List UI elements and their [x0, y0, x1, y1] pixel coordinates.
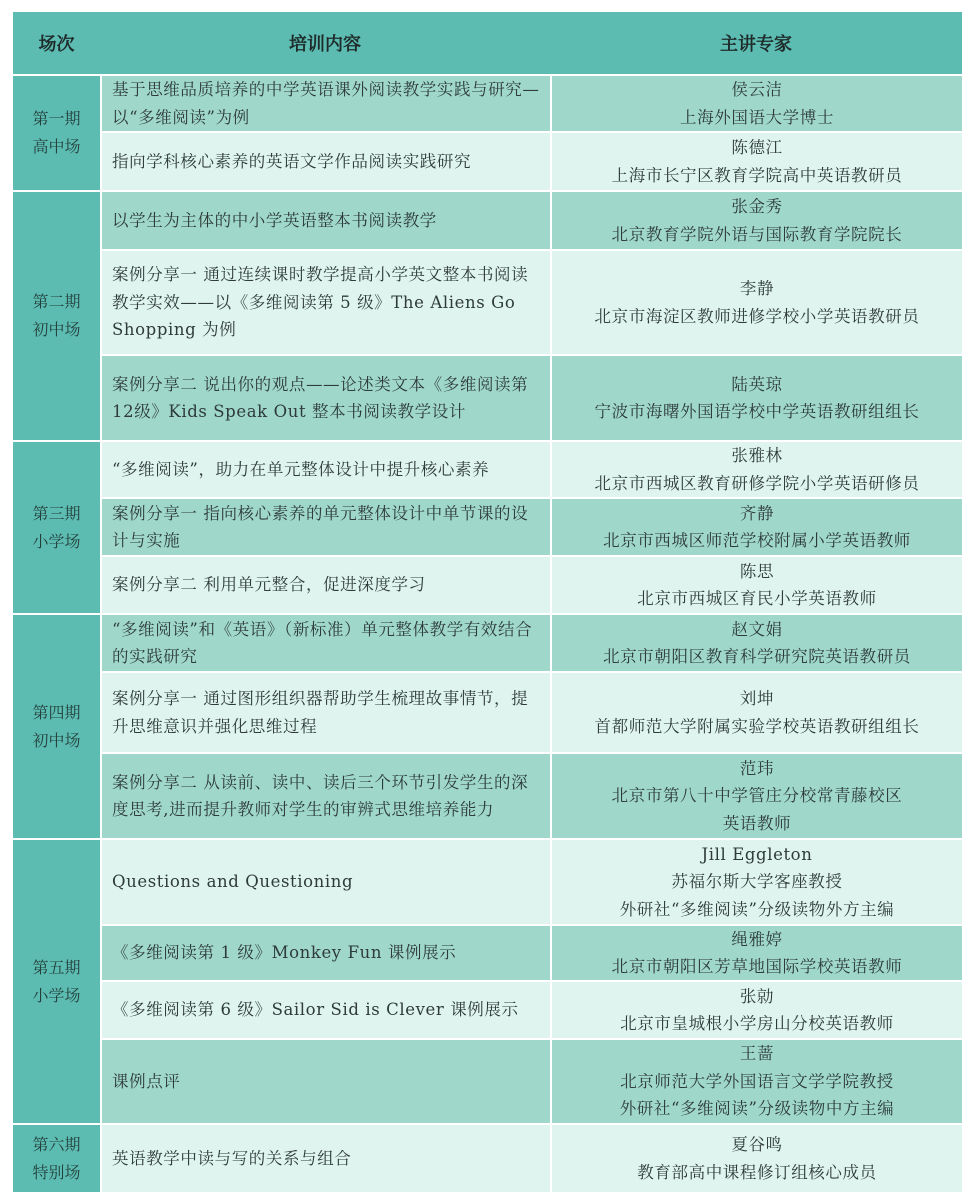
expert-name: 张雅林: [731, 442, 782, 470]
training-schedule-table: 场次 培训内容 主讲专家 第一期高中场基于思维品质培养的中学英语课外阅读教学实践…: [13, 12, 962, 1194]
expert-cell: 陈德江上海市长宁区教育学院高中英语教研员: [552, 133, 962, 190]
table-row: 《多维阅读第 1 级》Monkey Fun 课例展示绳雅婷北京市朝阳区芳草地国际…: [102, 926, 962, 980]
period-audience: 高中场: [32, 133, 80, 161]
training-content-text: Questions and Questioning: [112, 868, 353, 896]
expert-name: 张勍: [740, 983, 774, 1011]
expert-name: 范玮: [740, 755, 774, 783]
period-label: 第六期特别场: [13, 1125, 100, 1192]
expert-title: 上海外国语大学博士: [680, 104, 834, 132]
expert-cell: 陆英琼宁波市海曙外国语学校中学英语教研组组长: [552, 356, 962, 440]
training-content-text: 案例分享二 利用单元整合，促进深度学习: [112, 571, 426, 599]
expert-name: 齐静: [740, 500, 774, 528]
table-row: Questions and QuestioningJill Eggleton苏福…: [102, 840, 962, 924]
period-number: 第一期: [32, 105, 80, 133]
period-block: 第三期小学场“多维阅读”，助力在单元整体设计中提升核心素养张雅林北京市西城区教育…: [13, 442, 962, 613]
expert-title: 北京市皇城根小学房山分校英语教师: [620, 1010, 894, 1038]
expert-cell: 张金秀北京教育学院外语与国际教育学院院长: [552, 192, 962, 249]
period-block: 第五期小学场Questions and QuestioningJill Eggl…: [13, 840, 962, 1123]
session-rows: 以学生为主体的中小学英语整本书阅读教学张金秀北京教育学院外语与国际教育学院院长案…: [102, 192, 962, 440]
table-row: 案例分享一 通过图形组织器帮助学生梳理故事情节，提升思维意识并强化思维过程刘坤首…: [102, 673, 962, 752]
header-session: 场次: [13, 30, 100, 56]
training-content: “多维阅读”和《英语》（新标准）单元整体教学有效结合的实践研究: [102, 615, 550, 671]
expert-name: 李静: [740, 275, 774, 303]
expert-cell: Jill Eggleton苏福尔斯大学客座教授外研社“多维阅读”分级读物外方主编: [552, 840, 962, 924]
period-label: 第二期初中场: [13, 192, 100, 440]
expert-title: 北京市西城区教育研修学院小学英语研修员: [595, 470, 920, 498]
table-row: 案例分享二 利用单元整合，促进深度学习陈思北京市西城区育民小学英语教师: [102, 557, 962, 613]
expert-name: 绳雅婷: [731, 926, 782, 954]
period-block: 第二期初中场以学生为主体的中小学英语整本书阅读教学张金秀北京教育学院外语与国际教…: [13, 192, 962, 440]
expert-name: 王蔷: [740, 1040, 774, 1068]
training-content-text: 案例分享二 说出你的观点——论述类文本《多维阅读第12级》Kids Speak …: [112, 371, 542, 426]
period-audience: 初中场: [32, 727, 80, 755]
training-content-text: 案例分享一 通过图形组织器帮助学生梳理故事情节，提升思维意识并强化思维过程: [112, 685, 542, 740]
expert-title: 教育部高中课程修订组核心成员: [637, 1159, 876, 1187]
training-content: 基于思维品质培养的中学英语课外阅读教学实践与研究—以“多维阅读”为例: [102, 76, 550, 131]
header-content: 培训内容: [100, 30, 550, 56]
expert-title: 北京师范大学外国语言文学学院教授: [620, 1068, 894, 1096]
session-rows: “多维阅读”，助力在单元整体设计中提升核心素养张雅林北京市西城区教育研修学院小学…: [102, 442, 962, 613]
session-rows: “多维阅读”和《英语》（新标准）单元整体教学有效结合的实践研究赵文娟北京市朝阳区…: [102, 615, 962, 838]
period-label: 第五期小学场: [13, 840, 100, 1123]
session-rows: 英语教学中读与写的关系与组合夏谷鸣教育部高中课程修订组核心成员: [102, 1125, 962, 1192]
periods-body: 第一期高中场基于思维品质培养的中学英语课外阅读教学实践与研究—以“多维阅读”为例…: [13, 76, 962, 1192]
table-row: 案例分享二 说出你的观点——论述类文本《多维阅读第12级》Kids Speak …: [102, 356, 962, 440]
expert-cell: 绳雅婷北京市朝阳区芳草地国际学校英语教师: [552, 926, 962, 980]
training-content-text: 案例分享一 指向核心素养的单元整体设计中单节课的设计与实施: [112, 500, 542, 555]
expert-title: 北京市西城区育民小学英语教师: [637, 585, 876, 613]
expert-title: 苏福尔斯大学客座教授: [672, 868, 843, 896]
expert-name: 陈德江: [731, 134, 782, 162]
expert-name: 侯云洁: [731, 76, 782, 104]
expert-cell: 齐静北京市西城区师范学校附属小学英语教师: [552, 499, 962, 555]
table-row: 《多维阅读第 6 级》Sailor Sid is Clever 课例展示张勍北京…: [102, 982, 962, 1038]
period-number: 第四期: [32, 699, 80, 727]
training-content-text: 指向学科核心素养的英语文学作品阅读实践研究: [112, 148, 471, 176]
period-block: 第一期高中场基于思维品质培养的中学英语课外阅读教学实践与研究—以“多维阅读”为例…: [13, 76, 962, 190]
training-content-text: “多维阅读”，助力在单元整体设计中提升核心素养: [112, 456, 489, 484]
training-content: 以学生为主体的中小学英语整本书阅读教学: [102, 192, 550, 249]
training-content: 案例分享二 从读前、读中、读后三个环节引发学生的深度思考,进而提升教师对学生的审…: [102, 754, 550, 838]
training-content: 案例分享一 通过图形组织器帮助学生梳理故事情节，提升思维意识并强化思维过程: [102, 673, 550, 752]
training-content: 英语教学中读与写的关系与组合: [102, 1125, 550, 1192]
expert-cell: 范玮北京市第八十中学管庄分校常青藤校区英语教师: [552, 754, 962, 838]
period-number: 第三期: [32, 500, 80, 528]
expert-title: 上海市长宁区教育学院高中英语教研员: [612, 162, 903, 190]
expert-title: 北京市朝阳区教育科学研究院英语教研员: [603, 643, 911, 671]
training-content: 《多维阅读第 6 级》Sailor Sid is Clever 课例展示: [102, 982, 550, 1038]
expert-cell: 张雅林北京市西城区教育研修学院小学英语研修员: [552, 442, 962, 497]
expert-name: 陈思: [740, 558, 774, 586]
expert-cell: 赵文娟北京市朝阳区教育科学研究院英语教研员: [552, 615, 962, 671]
expert-cell: 李静北京市海淀区教师进修学校小学英语教研员: [552, 251, 962, 354]
training-content: “多维阅读”，助力在单元整体设计中提升核心素养: [102, 442, 550, 497]
training-content-text: 课例点评: [112, 1068, 180, 1096]
expert-name: Jill Eggleton: [702, 841, 813, 869]
expert-title: 外研社“多维阅读”分级读物中方主编: [620, 1095, 895, 1123]
expert-cell: 夏谷鸣教育部高中课程修订组核心成员: [552, 1125, 962, 1192]
period-block: 第六期特别场英语教学中读与写的关系与组合夏谷鸣教育部高中课程修订组核心成员: [13, 1125, 962, 1192]
table-row: “多维阅读”和《英语》（新标准）单元整体教学有效结合的实践研究赵文娟北京市朝阳区…: [102, 615, 962, 671]
training-content: 案例分享一 指向核心素养的单元整体设计中单节课的设计与实施: [102, 499, 550, 555]
expert-title: 北京市西城区师范学校附属小学英语教师: [603, 527, 911, 555]
period-block: 第四期初中场“多维阅读”和《英语》（新标准）单元整体教学有效结合的实践研究赵文娟…: [13, 615, 962, 838]
expert-name: 张金秀: [731, 193, 782, 221]
training-content-text: 案例分享二 从读前、读中、读后三个环节引发学生的深度思考,进而提升教师对学生的审…: [112, 769, 542, 824]
period-label: 第一期高中场: [13, 76, 100, 190]
table-row: 基于思维品质培养的中学英语课外阅读教学实践与研究—以“多维阅读”为例侯云洁上海外…: [102, 76, 962, 131]
table-row: 案例分享二 从读前、读中、读后三个环节引发学生的深度思考,进而提升教师对学生的审…: [102, 754, 962, 838]
session-rows: 基于思维品质培养的中学英语课外阅读教学实践与研究—以“多维阅读”为例侯云洁上海外…: [102, 76, 962, 190]
training-content-text: 以学生为主体的中小学英语整本书阅读教学: [112, 207, 437, 235]
training-content-text: “多维阅读”和《英语》（新标准）单元整体教学有效结合的实践研究: [112, 616, 542, 671]
expert-name: 陆英琼: [731, 371, 782, 399]
period-label: 第三期小学场: [13, 442, 100, 613]
training-content: Questions and Questioning: [102, 840, 550, 924]
expert-title: 北京教育学院外语与国际教育学院院长: [612, 221, 903, 249]
period-label: 第四期初中场: [13, 615, 100, 838]
table-header: 场次 培训内容 主讲专家: [13, 12, 962, 74]
expert-name: 刘坤: [740, 685, 774, 713]
expert-cell: 张勍北京市皇城根小学房山分校英语教师: [552, 982, 962, 1038]
period-number: 第二期: [32, 288, 80, 316]
table-row: “多维阅读”，助力在单元整体设计中提升核心素养张雅林北京市西城区教育研修学院小学…: [102, 442, 962, 497]
period-audience: 初中场: [32, 316, 80, 344]
period-audience: 特别场: [32, 1159, 80, 1187]
expert-cell: 侯云洁上海外国语大学博士: [552, 76, 962, 131]
training-content-text: 《多维阅读第 6 级》Sailor Sid is Clever 课例展示: [112, 996, 519, 1024]
training-content: 案例分享二 说出你的观点——论述类文本《多维阅读第12级》Kids Speak …: [102, 356, 550, 440]
expert-name: 赵文娟: [731, 616, 782, 644]
header-expert: 主讲专家: [550, 30, 962, 56]
table-row: 英语教学中读与写的关系与组合夏谷鸣教育部高中课程修订组核心成员: [102, 1125, 962, 1192]
expert-title: 北京市朝阳区芳草地国际学校英语教师: [612, 953, 903, 981]
expert-title: 英语教师: [723, 810, 791, 838]
training-content-text: 英语教学中读与写的关系与组合: [112, 1145, 351, 1173]
training-content: 指向学科核心素养的英语文学作品阅读实践研究: [102, 133, 550, 190]
table-row: 指向学科核心素养的英语文学作品阅读实践研究陈德江上海市长宁区教育学院高中英语教研…: [102, 133, 962, 190]
expert-title: 宁波市海曙外国语学校中学英语教研组组长: [595, 398, 920, 426]
period-audience: 小学场: [32, 528, 80, 556]
period-audience: 小学场: [32, 982, 80, 1010]
training-content: 课例点评: [102, 1040, 550, 1123]
table-row: 课例点评王蔷北京师范大学外国语言文学学院教授外研社“多维阅读”分级读物中方主编: [102, 1040, 962, 1123]
expert-title: 北京市海淀区教师进修学校小学英语教研员: [595, 303, 920, 331]
expert-cell: 刘坤首都师范大学附属实验学校英语教研组组长: [552, 673, 962, 752]
training-content-text: 案例分享一 通过连续课时教学提高小学英文整本书阅读教学实效——以《多维阅读第 5…: [112, 261, 542, 344]
expert-title: 北京市第八十中学管庄分校常青藤校区: [612, 782, 903, 810]
training-content: 案例分享二 利用单元整合，促进深度学习: [102, 557, 550, 613]
expert-title: 外研社“多维阅读”分级读物外方主编: [620, 896, 895, 924]
training-content: 案例分享一 通过连续课时教学提高小学英文整本书阅读教学实效——以《多维阅读第 5…: [102, 251, 550, 354]
period-number: 第六期: [32, 1131, 80, 1159]
table-row: 案例分享一 指向核心素养的单元整体设计中单节课的设计与实施齐静北京市西城区师范学…: [102, 499, 962, 555]
table-row: 以学生为主体的中小学英语整本书阅读教学张金秀北京教育学院外语与国际教育学院院长: [102, 192, 962, 249]
table-row: 案例分享一 通过连续课时教学提高小学英文整本书阅读教学实效——以《多维阅读第 5…: [102, 251, 962, 354]
expert-cell: 陈思北京市西城区育民小学英语教师: [552, 557, 962, 613]
training-content: 《多维阅读第 1 级》Monkey Fun 课例展示: [102, 926, 550, 980]
expert-title: 首都师范大学附属实验学校英语教研组组长: [595, 713, 920, 741]
training-content-text: 《多维阅读第 1 级》Monkey Fun 课例展示: [112, 939, 456, 967]
period-number: 第五期: [32, 954, 80, 982]
expert-cell: 王蔷北京师范大学外国语言文学学院教授外研社“多维阅读”分级读物中方主编: [552, 1040, 962, 1123]
expert-name: 夏谷鸣: [731, 1131, 782, 1159]
session-rows: Questions and QuestioningJill Eggleton苏福…: [102, 840, 962, 1123]
training-content-text: 基于思维品质培养的中学英语课外阅读教学实践与研究—以“多维阅读”为例: [112, 76, 542, 131]
